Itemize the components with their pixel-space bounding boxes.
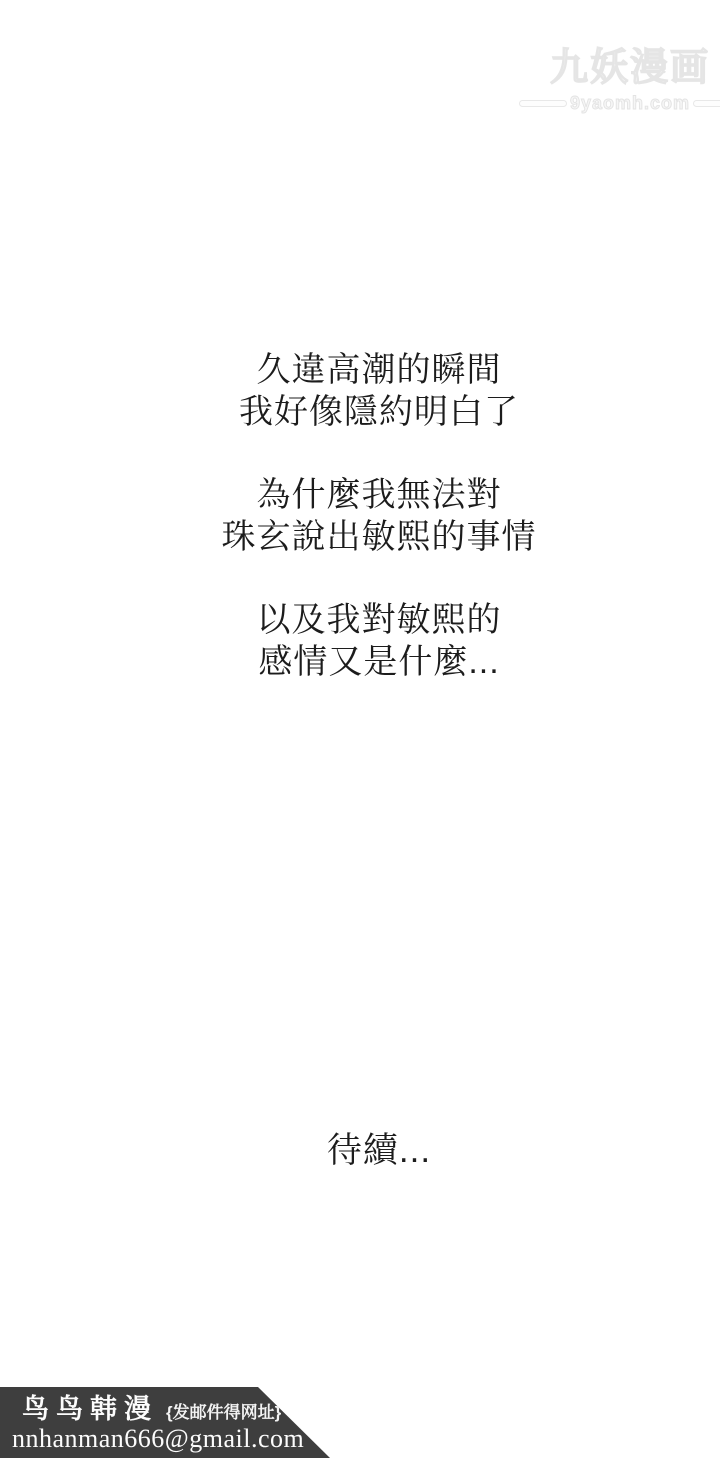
watermark-dash-left: [519, 100, 567, 107]
publisher-email: nnhanman666@gmail.com: [12, 1424, 304, 1454]
narration-line: 珠玄說出敏熙的事情: [19, 516, 720, 558]
publisher-banner-line1: 鸟鸟韩漫 {发邮件得网址}: [22, 1394, 281, 1424]
publisher-brand: 鸟鸟韩漫: [22, 1394, 158, 1424]
narration-line: 以及我對敏熙的: [19, 599, 720, 641]
publisher-banner: 鸟鸟韩漫 {发邮件得网址} nnhanman666@gmail.com: [0, 1387, 330, 1458]
narration-block-1: 久違高潮的瞬間 我好像隱約明白了: [19, 349, 720, 433]
narration-line: 為什麼我無法對: [19, 474, 720, 516]
watermark-url-row: 9yaomh.com: [544, 93, 716, 114]
publisher-note: {发邮件得网址}: [166, 1398, 281, 1423]
watermark-site-name: 九妖漫画: [544, 48, 716, 88]
narration-block-3: 以及我對敏熙的 感情又是什麼...: [19, 599, 720, 683]
site-watermark: 九妖漫画 9yaomh.com: [544, 48, 716, 114]
narration-line: 久違高潮的瞬間: [19, 349, 720, 391]
narration-line: 我好像隱約明白了: [19, 391, 720, 433]
to-be-continued-text: 待續...: [19, 1130, 720, 1172]
watermark-dash-right: [693, 100, 720, 107]
watermark-site-url: 9yaomh.com: [570, 93, 690, 114]
narration-block-2: 為什麼我無法對 珠玄說出敏熙的事情: [19, 474, 720, 558]
narration-text: 久違高潮的瞬間 我好像隱約明白了 為什麼我無法對 珠玄說出敏熙的事情 以及我對敏…: [19, 349, 720, 724]
narration-line: 感情又是什麼...: [19, 641, 720, 683]
